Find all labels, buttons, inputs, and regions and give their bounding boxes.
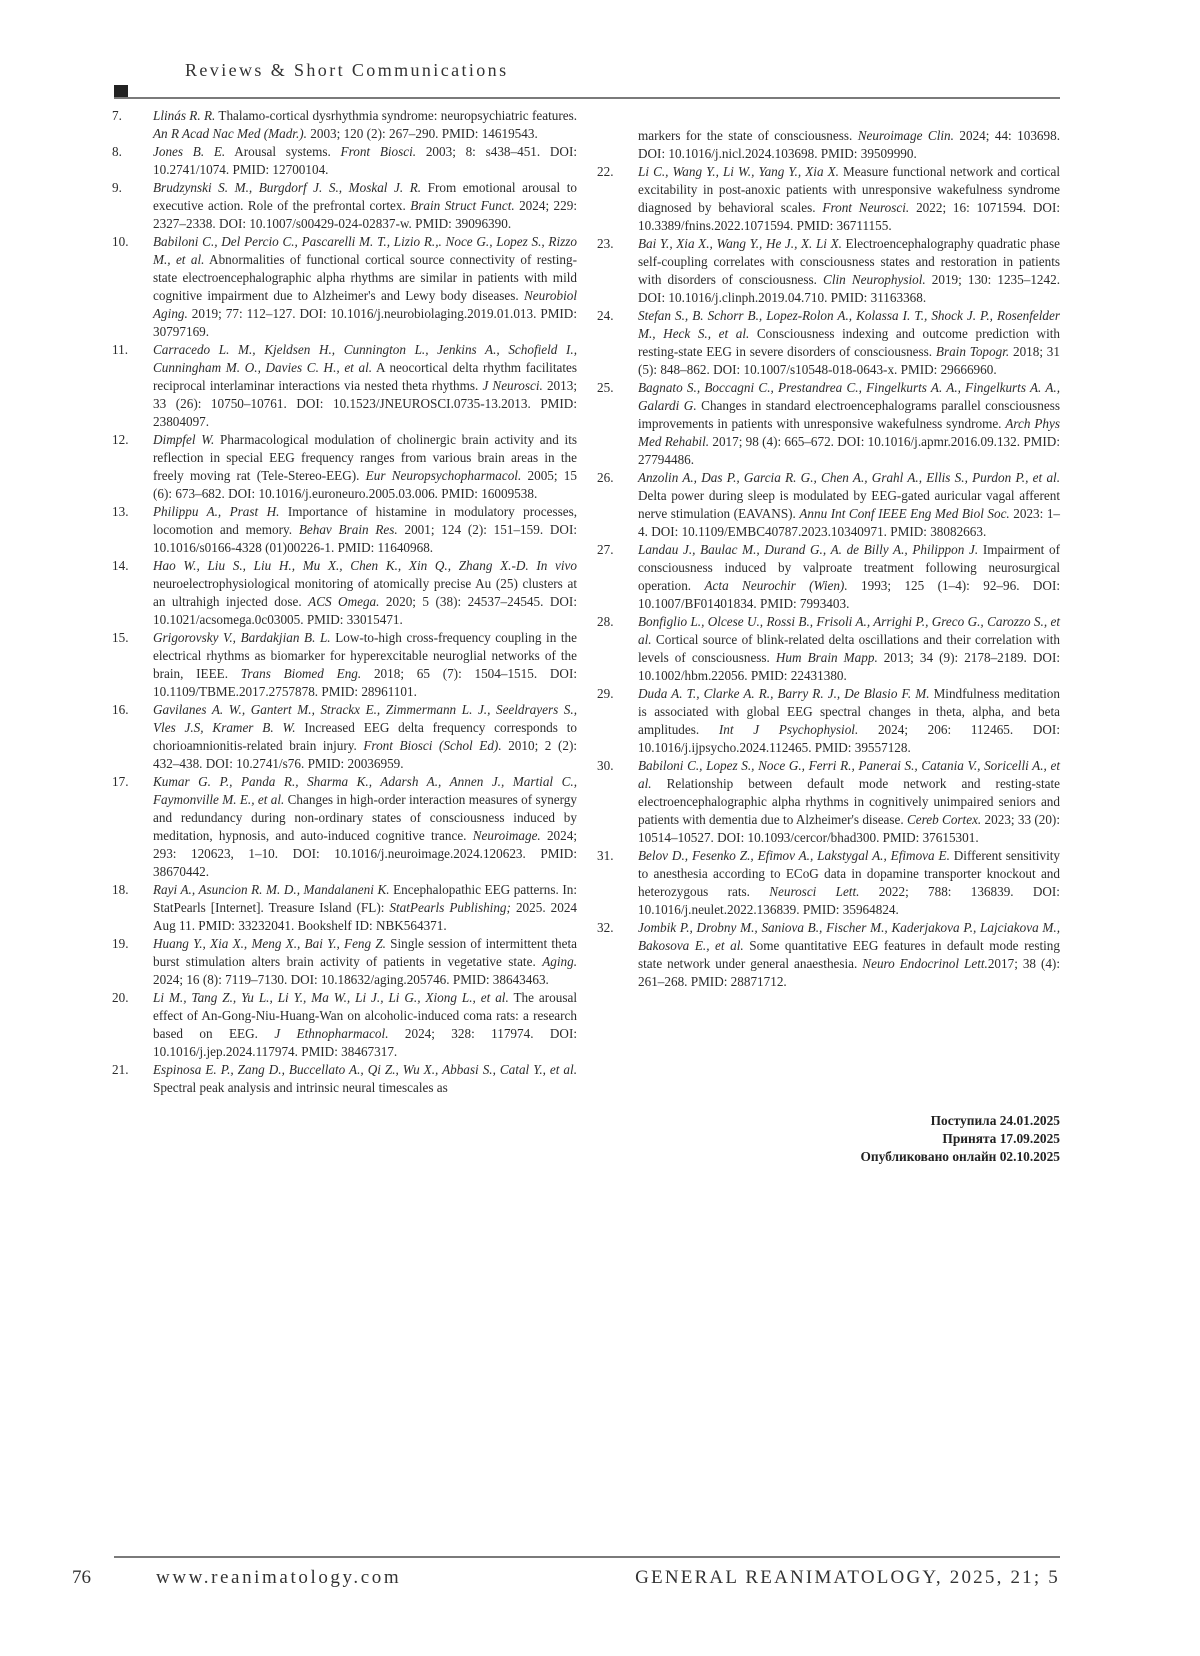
reference-authors: Landau J., Baulac M., Durand G., A. de B… (638, 542, 978, 557)
published-date: Опубликовано онлайн 02.10.2025 (861, 1148, 1060, 1166)
reference-number: 19. (112, 935, 153, 989)
reference-text: Bai Y., Xia X., Wang Y., He J., X. Li X.… (638, 235, 1060, 307)
reference-number: 28. (597, 613, 638, 685)
reference-journal: J Ethnopharmacol. (274, 1026, 388, 1041)
reference-journal: Neurosci Lett. (769, 884, 859, 899)
footer-rule (114, 1556, 1060, 1558)
reference-text: Hao W., Liu S., Liu H., Mu X., Chen K., … (153, 557, 577, 629)
reference-journal: Neuro Endocrinol Lett. (862, 956, 988, 971)
reference-text: Babiloni C., Del Percio C., Pascarelli M… (153, 233, 577, 341)
reference-item: 8.Jones B. E. Arousal systems. Front Bio… (112, 143, 577, 179)
reference-details: 2024; 16 (8): 7119–7130. DOI: 10.18632/a… (153, 972, 549, 987)
reference-number: 20. (112, 989, 153, 1061)
reference-number: 9. (112, 179, 153, 233)
reference-text: Duda A. T., Clarke A. R., Barry R. J., D… (638, 685, 1060, 757)
reference-authors: Huang Y., Xia X., Meng X., Bai Y., Feng … (153, 936, 386, 951)
reference-journal: Brain Struct Funct. (410, 198, 514, 213)
reference-text: Stefan S., B. Schorr B., Lopez-Rolon A.,… (638, 307, 1060, 379)
reference-number: 26. (597, 469, 638, 541)
reference-authors: Anzolin A., Das P., Garcia R. G., Chen A… (638, 470, 1060, 485)
reference-text: Jombik P., Drobny M., Saniova B., Fische… (638, 919, 1060, 991)
reference-journal: Hum Brain Mapp. (776, 650, 878, 665)
reference-item: 10.Babiloni C., Del Percio C., Pascarell… (112, 233, 577, 341)
reference-journal: Neuroimage Clin. (858, 128, 954, 143)
reference-journal: Neuroimage. (473, 828, 541, 843)
reference-number: 10. (112, 233, 153, 341)
reference-authors: Li M., Tang Z., Yu L., Li Y., Ma W., Li … (153, 990, 509, 1005)
reference-text: Carracedo L. M., Kjeldsen H., Cunnington… (153, 341, 577, 431)
references-right-column: markers for the state of consciousness. … (597, 127, 1060, 991)
reference-item: 24.Stefan S., B. Schorr B., Lopez-Rolon … (597, 307, 1060, 379)
reference-item: 27.Landau J., Baulac M., Durand G., A. d… (597, 541, 1060, 613)
reference-authors: Jones B. E. (153, 144, 225, 159)
reference-authors: Philippu A., Prast H. (153, 504, 279, 519)
reference-text: Gavilanes A. W., Gantert M., Strackx E.,… (153, 701, 577, 773)
reference-item: 30.Babiloni C., Lopez S., Noce G., Ferri… (597, 757, 1060, 847)
reference-item: 11.Carracedo L. M., Kjeldsen H., Cunning… (112, 341, 577, 431)
reference-text: Espinosa E. P., Zang D., Buccellato A., … (153, 1061, 577, 1097)
reference-item: 29.Duda A. T., Clarke A. R., Barry R. J.… (597, 685, 1060, 757)
reference-item: 32.Jombik P., Drobny M., Saniova B., Fis… (597, 919, 1060, 991)
reference-text: Rayi A., Asuncion R. M. D., Mandalaneni … (153, 881, 577, 935)
reference-item: 25.Bagnato S., Boccagni C., Prestandrea … (597, 379, 1060, 469)
reference-item: 22.Li C., Wang Y., Li W., Yang Y., Xia X… (597, 163, 1060, 235)
reference-number: 15. (112, 629, 153, 701)
reference-text: Anzolin A., Das P., Garcia R. G., Chen A… (638, 469, 1060, 541)
header-rule (114, 97, 1060, 99)
reference-number: 31. (597, 847, 638, 919)
reference-number: 13. (112, 503, 153, 557)
reference-journal: Aging. (542, 954, 577, 969)
reference-details: 2003; 120 (2): 267–290. PMID: 14619543. (307, 126, 538, 141)
reference-text: Kumar G. P., Panda R., Sharma K., Adarsh… (153, 773, 577, 881)
reference-number: 12. (112, 431, 153, 503)
reference-item: 21.Espinosa E. P., Zang D., Buccellato A… (112, 1061, 577, 1097)
reference-number: 11. (112, 341, 153, 431)
reference-authors: Rayi A., Asuncion R. M. D., Mandalaneni … (153, 882, 390, 897)
reference-text: Bagnato S., Boccagni C., Prestandrea C.,… (638, 379, 1060, 469)
reference-title: Abnormalities of functional cortical sou… (153, 252, 577, 303)
accepted-date: Принята 17.09.2025 (861, 1130, 1060, 1148)
reference-item: 19.Huang Y., Xia X., Meng X., Bai Y., Fe… (112, 935, 577, 989)
reference-journal: Front Biosci (Schol Ed). (363, 738, 501, 753)
reference-authors: Hao W., Liu S., Liu H., Mu X., Chen K., … (153, 558, 577, 573)
reference-item: 14.Hao W., Liu S., Liu H., Mu X., Chen K… (112, 557, 577, 629)
reference-item: 9.Brudzynski S. M., Burgdorf J. S., Mosk… (112, 179, 577, 233)
reference-text: markers for the state of consciousness. … (597, 127, 1060, 163)
reference-item: 17.Kumar G. P., Panda R., Sharma K., Ada… (112, 773, 577, 881)
reference-authors: Li C., Wang Y., Li W., Yang Y., Xia X. (638, 164, 839, 179)
reference-title: Spectral peak analysis and intrinsic neu… (153, 1080, 448, 1095)
reference-item: 20.Li M., Tang Z., Yu L., Li Y., Ma W., … (112, 989, 577, 1061)
journal-url-link[interactable]: www.reanimatology.com (156, 1567, 401, 1589)
reference-text: Landau J., Baulac M., Durand G., A. de B… (638, 541, 1060, 613)
reference-number: 21. (112, 1061, 153, 1097)
reference-number: 18. (112, 881, 153, 935)
reference-text: Llinás R. R. Thalamo-cortical dysrhythmi… (153, 107, 577, 143)
reference-details: 2019; 77: 112–127. DOI: 10.1016/j.neurob… (153, 306, 577, 339)
reference-item: 7.Llinás R. R. Thalamo-cortical dysrhyth… (112, 107, 577, 143)
reference-title: Arousal systems. (225, 144, 340, 159)
reference-authors: Duda A. T., Clarke A. R., Barry R. J., D… (638, 686, 930, 701)
reference-text: Dimpfel W. Pharmacological modulation of… (153, 431, 577, 503)
reference-journal: Cereb Cortex. (907, 812, 981, 827)
reference-number: 14. (112, 557, 153, 629)
reference-number: 7. (112, 107, 153, 143)
reference-number: 8. (112, 143, 153, 179)
reference-item: 31.Belov D., Fesenko Z., Efimov A., Laks… (597, 847, 1060, 919)
reference-authors: Bai Y., Xia X., Wang Y., He J., X. Li X. (638, 236, 842, 251)
reference-text: Belov D., Fesenko Z., Efimov A., Lakstyg… (638, 847, 1060, 919)
received-date: Поступила 24.01.2025 (861, 1112, 1060, 1130)
reference-number: 23. (597, 235, 638, 307)
reference-journal: Annu Int Conf IEEE Eng Med Biol Soc. (799, 506, 1009, 521)
reference-text: Philippu A., Prast H. Importance of hist… (153, 503, 577, 557)
publication-dates: Поступила 24.01.2025 Принята 17.09.2025 … (861, 1112, 1060, 1166)
reference-item: 12.Dimpfel W. Pharmacological modulation… (112, 431, 577, 503)
reference-number: 32. (597, 919, 638, 991)
section-title: Reviews & Short Communications (185, 60, 509, 81)
reference-journal: J Neurosci. (482, 378, 542, 393)
reference-item: 26.Anzolin A., Das P., Garcia R. G., Che… (597, 469, 1060, 541)
reference-text: Babiloni C., Lopez S., Noce G., Ferri R.… (638, 757, 1060, 847)
reference-number: 24. (597, 307, 638, 379)
reference-authors: Belov D., Fesenko Z., Efimov A., Lakstyg… (638, 848, 950, 863)
reference-journal: Front Neurosci. (822, 200, 909, 215)
reference-journal: An R Acad Nac Med (Madr.). (153, 126, 307, 141)
reference-text: Huang Y., Xia X., Meng X., Bai Y., Feng … (153, 935, 577, 989)
reference-text: Brudzynski S. M., Burgdorf J. S., Moskal… (153, 179, 577, 233)
reference-journal: Trans Biomed Eng. (241, 666, 361, 681)
reference-number: 22. (597, 163, 638, 235)
reference-number: 17. (112, 773, 153, 881)
reference-authors: Grigorovsky V., Bardakjian B. L. (153, 630, 331, 645)
reference-item: 23.Bai Y., Xia X., Wang Y., He J., X. Li… (597, 235, 1060, 307)
reference-authors: Llinás R. R. (153, 108, 215, 123)
reference-text: Jones B. E. Arousal systems. Front Biosc… (153, 143, 577, 179)
reference-text: Bonfiglio L., Olcese U., Rossi B., Friso… (638, 613, 1060, 685)
reference-title: Thalamo-cortical dysrhythmia syndrome: n… (215, 108, 577, 123)
reference-text: Grigorovsky V., Bardakjian B. L. Low-to-… (153, 629, 577, 701)
reference-journal: Clin Neurophysiol. (823, 272, 926, 287)
reference-journal: ACS Omega. (308, 594, 379, 609)
reference-journal: Int J Psychophysiol. (719, 722, 858, 737)
reference-authors: Brudzynski S. M., Burgdorf J. S., Moskal… (153, 180, 421, 195)
references-left-column: 7.Llinás R. R. Thalamo-cortical dysrhyth… (112, 107, 577, 1097)
reference-journal: StatPearls Publishing; (389, 900, 511, 915)
reference-number: 27. (597, 541, 638, 613)
reference-item: 16.Gavilanes A. W., Gantert M., Strackx … (112, 701, 577, 773)
reference-item: 15.Grigorovsky V., Bardakjian B. L. Low-… (112, 629, 577, 701)
reference-journal: Brain Topogr. (936, 344, 1009, 359)
journal-citation: GENERAL REANIMATOLOGY, 2025, 21; 5 (635, 1567, 1060, 1589)
reference-item: 28.Bonfiglio L., Olcese U., Rossi B., Fr… (597, 613, 1060, 685)
reference-number: 16. (112, 701, 153, 773)
reference-authors: Dimpfel W. (153, 432, 214, 447)
reference-title: Changes in standard electroencephalogram… (638, 398, 1060, 431)
page-number: 76 (72, 1567, 91, 1589)
reference-journal: Acta Neurochir (Wien). (705, 578, 848, 593)
reference-number: 25. (597, 379, 638, 469)
reference-journal: Eur Neuropsychopharmacol. (366, 468, 522, 483)
reference-journal: Front Biosci. (341, 144, 417, 159)
reference-authors: Espinosa E. P., Zang D., Buccellato A., … (153, 1062, 577, 1077)
reference-number: 30. (597, 757, 638, 847)
reference-text: Li C., Wang Y., Li W., Yang Y., Xia X. M… (638, 163, 1060, 235)
reference-item: 13.Philippu A., Prast H. Importance of h… (112, 503, 577, 557)
reference-text: Li M., Tang Z., Yu L., Li Y., Ma W., Li … (153, 989, 577, 1061)
reference-title: markers for the state of consciousness. (638, 128, 858, 143)
reference-journal: Behav Brain Res. (299, 522, 398, 537)
reference-item: 18.Rayi A., Asuncion R. M. D., Mandalane… (112, 881, 577, 935)
reference-item: markers for the state of consciousness. … (597, 127, 1060, 163)
reference-number: 29. (597, 685, 638, 757)
